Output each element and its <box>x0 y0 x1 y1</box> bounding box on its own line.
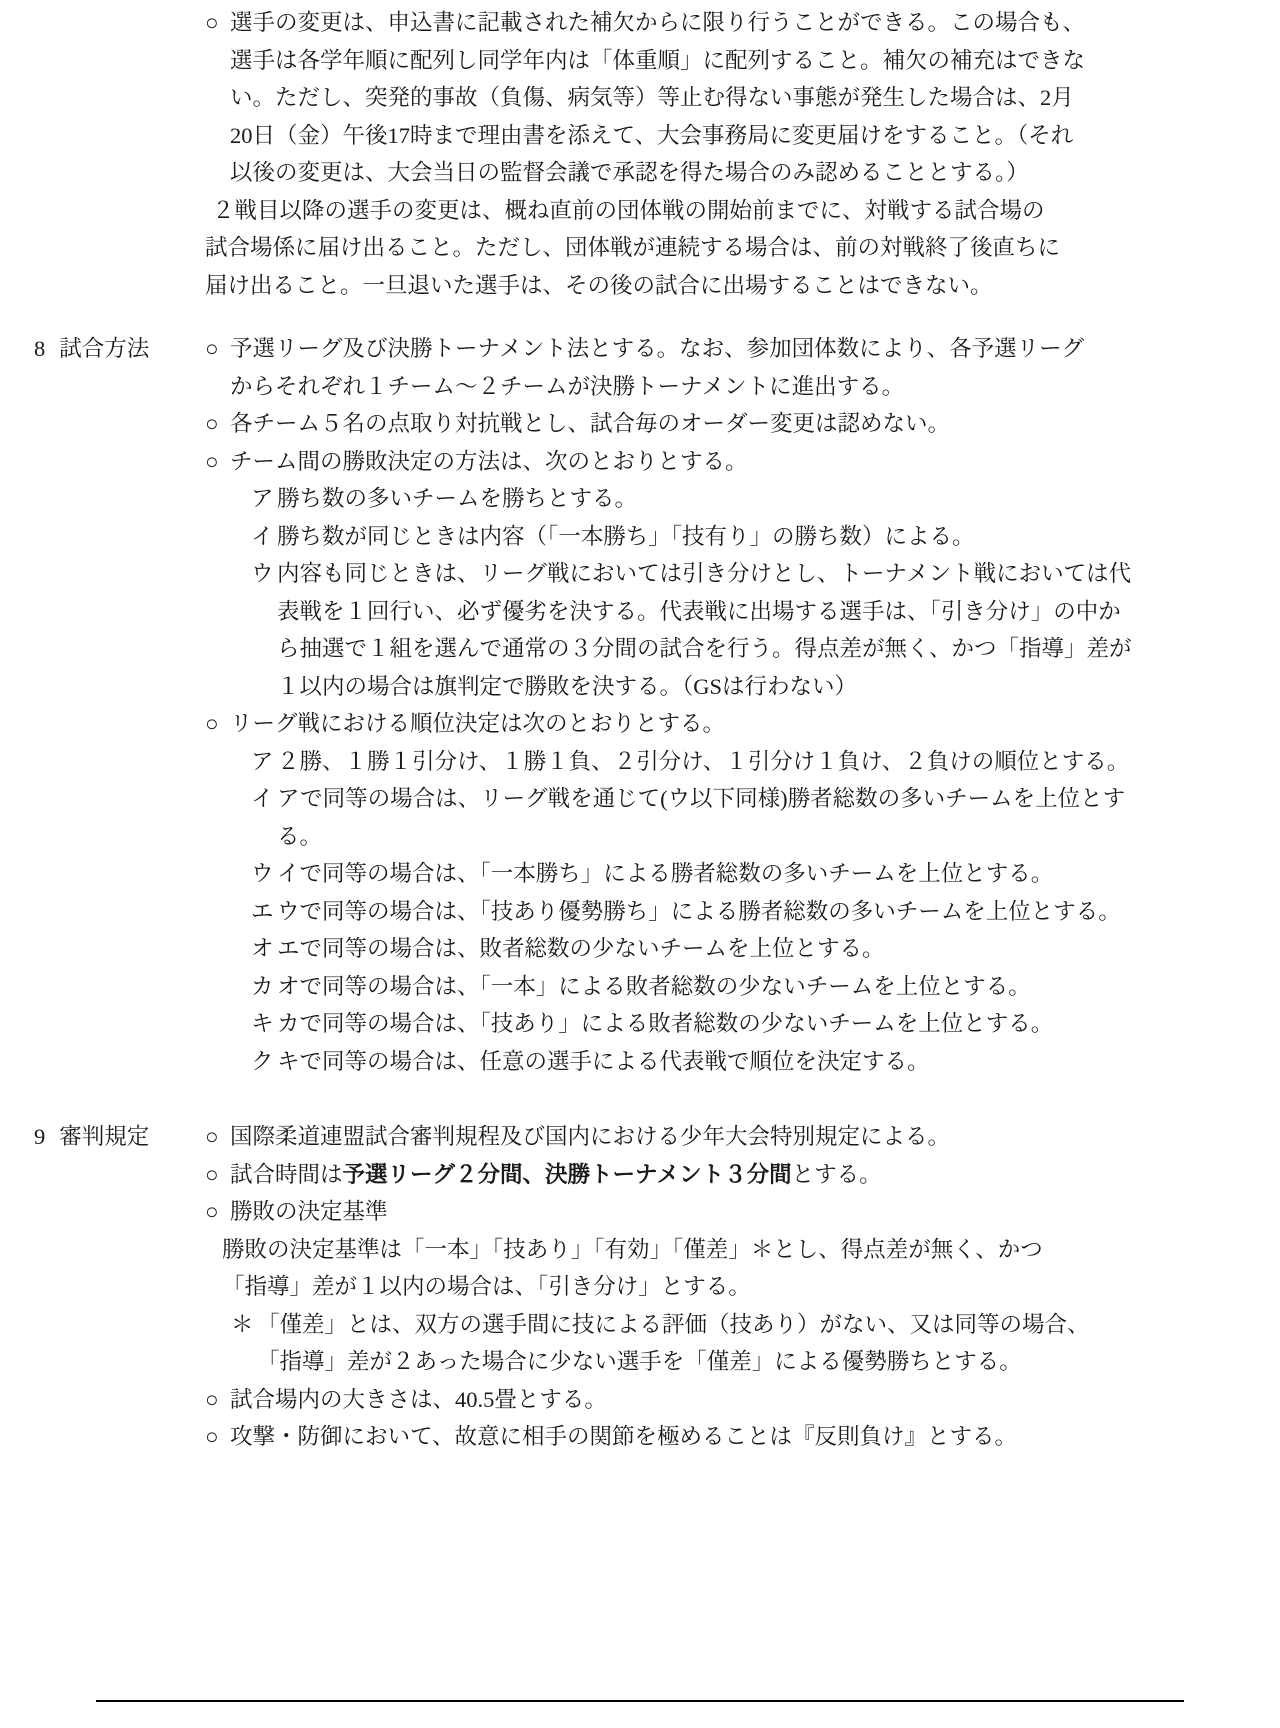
line-text: ○各チーム５名の点取り対抗戦とし、試合毎のオーダー変更は認めない。 <box>205 405 1088 443</box>
line-text: ア勝ち数の多いチームを勝ちとする。 <box>205 480 1135 518</box>
line-text: ○試合時間は予選リーグ２分間、決勝トーナメント３分間とする。 <box>205 1156 1088 1194</box>
line-pre-text: 各チーム５名の点取り対抗戦とし、試合毎のオーダー変更は認めない。 <box>230 411 950 436</box>
line-marker: カ <box>251 968 277 1006</box>
section-heading <box>0 893 205 931</box>
line-marker: ウ <box>251 555 277 593</box>
line-text: クキで同等の場合は、任意の選手による代表戦で順位を決定する。 <box>205 1043 1135 1081</box>
section-heading: 8試合方法 <box>0 330 205 405</box>
line-pre-text: カで同等の場合は、「技あり」による敗者総数の少ないチームを上位とする。 <box>277 1011 1053 1036</box>
line-marker: イ <box>251 518 277 556</box>
section-heading <box>0 480 205 518</box>
line-pre-text: 選手の変更は、申込書に記載された補欠からに限り行うことができる。この場合も、選手… <box>230 10 1085 185</box>
line-bold-text: 予選リーグ２分間、決勝トーナメント３分間 <box>343 1162 792 1187</box>
document-line: ウイで同等の場合は、「一本勝ち」による勝者総数の多いチームを上位とする。 <box>0 855 1280 893</box>
document-line: オエで同等の場合は、敗者総数の少ないチームを上位とする。 <box>0 930 1280 968</box>
document-line: キカで同等の場合は、「技あり」による敗者総数の少ないチームを上位とする。 <box>0 1005 1280 1043</box>
line-text: ＊「僅差」とは、双方の選手間に技による評価（技あり）がない、又は同等の場合、「指… <box>205 1306 1115 1381</box>
document-line: 8試合方法 ○予選リーグ及び決勝トーナメント法とする。なお、参加団体数により、各… <box>0 330 1280 405</box>
document-line: ○選手の変更は、申込書に記載された補欠からに限り行うことができる。この場合も、選… <box>0 4 1280 192</box>
line-text: イ勝ち数が同じときは内容（「一本勝ち」「技有り」の勝ち数）による。 <box>205 518 1135 556</box>
line-text: イアで同等の場合は、リーグ戦を通じて(ウ以下同様)勝者総数の多いチームを上位とす… <box>205 780 1135 855</box>
line-pre-text: 予選リーグ及び決勝トーナメント法とする。なお、参加団体数により、各予選リーグから… <box>230 336 1084 399</box>
line-pre-text: 攻撃・防御において、故意に相手の関節を極めることは『反則負け』とする。 <box>230 1424 1017 1449</box>
section-heading <box>0 743 205 781</box>
line-marker: ア <box>251 480 277 518</box>
line-marker: ○ <box>205 4 230 42</box>
section-heading <box>0 555 205 705</box>
line-pre-text: 勝敗の決定基準は「一本」「技あり」「有効」「僅差」＊とし、得点差が無く、かつ「指… <box>222 1237 1043 1300</box>
section-title: 審判規定 <box>59 1124 149 1149</box>
section-heading <box>0 1156 205 1194</box>
section-heading <box>0 192 205 305</box>
line-text: ○勝敗の決定基準 <box>205 1193 1088 1231</box>
line-marker: キ <box>251 1005 277 1043</box>
line-pre-text: 勝ち数の多いチームを勝ちとする。 <box>277 486 637 511</box>
line-pre-text: 内容も同じときは、リーグ戦においては引き分けとし、トーナメント戦においては代表戦… <box>277 561 1132 699</box>
line-pre-text: ウで同等の場合は、「技あり優勢勝ち」による勝者総数の多いチームを上位とする。 <box>277 899 1121 924</box>
line-marker: ○ <box>205 1381 230 1419</box>
section-heading <box>0 780 205 855</box>
line-text: ウ内容も同じときは、リーグ戦においては引き分けとし、トーナメント戦においては代表… <box>205 555 1135 705</box>
section-heading <box>0 968 205 1006</box>
line-text: カオで同等の場合は、「一本」による敗者総数の少ないチームを上位とする。 <box>205 968 1135 1006</box>
section-heading <box>0 1231 205 1306</box>
line-marker: ク <box>251 1043 277 1081</box>
line-pre-text: ２戦目以降の選手の変更は、概ね直前の団体戦の開始前までに、対戦する試合場の試合場… <box>205 198 1060 298</box>
line-text: ○チーム間の勝敗決定の方法は、次のとおりとする。 <box>205 443 1088 481</box>
document-line: イ勝ち数が同じときは内容（「一本勝ち」「技有り」の勝ち数）による。 <box>0 518 1280 556</box>
line-pre-text: リーグ戦における順位決定は次のとおりとする。 <box>230 711 725 736</box>
line-pre-text: イで同等の場合は、「一本勝ち」による勝者総数の多いチームを上位とする。 <box>277 861 1053 886</box>
line-marker: ○ <box>205 330 230 368</box>
section-heading <box>0 1381 205 1419</box>
document-line: ＊「僅差」とは、双方の選手間に技による評価（技あり）がない、又は同等の場合、「指… <box>0 1306 1280 1381</box>
line-text: ○攻撃・防御において、故意に相手の関節を極めることは『反則負け』とする。 <box>205 1418 1088 1456</box>
line-pre-text: アで同等の場合は、リーグ戦を通じて(ウ以下同様)勝者総数の多いチームを上位とする… <box>277 786 1125 849</box>
document-line: ○チーム間の勝敗決定の方法は、次のとおりとする。 <box>0 443 1280 481</box>
section-heading <box>0 855 205 893</box>
document-line: ○勝敗の決定基準 <box>0 1193 1280 1231</box>
document-line: ア勝ち数の多いチームを勝ちとする。 <box>0 480 1280 518</box>
line-pre-text: キで同等の場合は、任意の選手による代表戦で順位を決定する。 <box>277 1049 930 1074</box>
document-line: エウで同等の場合は、「技あり優勢勝ち」による勝者総数の多いチームを上位とする。 <box>0 893 1280 931</box>
line-marker: ○ <box>205 1418 230 1456</box>
section-heading <box>0 518 205 556</box>
line-pre-text: エで同等の場合は、敗者総数の少ないチームを上位とする。 <box>277 936 885 961</box>
line-pre-text: 試合場内の大きさは、40.5畳とする。 <box>230 1387 607 1412</box>
section-heading <box>0 1193 205 1231</box>
line-marker: ＊ <box>231 1306 257 1344</box>
line-text: ○国際柔道連盟試合審判規程及び国内における少年大会特別規定による。 <box>205 1118 1088 1156</box>
line-marker: ○ <box>205 1193 230 1231</box>
section-heading <box>0 705 205 743</box>
section-heading <box>0 405 205 443</box>
line-marker: ○ <box>205 405 230 443</box>
line-text: ○予選リーグ及び決勝トーナメント法とする。なお、参加団体数により、各予選リーグか… <box>205 330 1088 405</box>
line-text: オエで同等の場合は、敗者総数の少ないチームを上位とする。 <box>205 930 1135 968</box>
line-marker: ア <box>251 743 277 781</box>
line-marker: ○ <box>205 443 230 481</box>
line-post-text: とする。 <box>792 1162 882 1187</box>
section-heading <box>0 1306 205 1381</box>
section-heading <box>0 1005 205 1043</box>
section-heading: 9審判規定 <box>0 1118 205 1156</box>
line-marker: エ <box>251 893 277 931</box>
line-marker: ○ <box>205 1156 230 1194</box>
document-line: イアで同等の場合は、リーグ戦を通じて(ウ以下同様)勝者総数の多いチームを上位とす… <box>0 780 1280 855</box>
line-pre-text: 試合時間は <box>230 1162 343 1187</box>
line-marker: オ <box>251 930 277 968</box>
line-text: ○リーグ戦における順位決定は次のとおりとする。 <box>205 705 1088 743</box>
line-pre-text: ２勝、１勝１引分け、１勝１負、２引分け、１引分け１負け、２負けの順位とする。 <box>277 749 1129 774</box>
document-line: ２戦目以降の選手の変更は、概ね直前の団体戦の開始前までに、対戦する試合場の試合場… <box>0 192 1280 305</box>
line-text: ウイで同等の場合は、「一本勝ち」による勝者総数の多いチームを上位とする。 <box>205 855 1135 893</box>
line-text: 勝敗の決定基準は「一本」「技あり」「有効」「僅差」＊とし、得点差が無く、かつ「指… <box>205 1231 1080 1306</box>
document-line: クキで同等の場合は、任意の選手による代表戦で順位を決定する。 <box>0 1043 1280 1081</box>
document-line: ア２勝、１勝１引分け、１勝１負、２引分け、１引分け１負け、２負けの順位とする。 <box>0 743 1280 781</box>
section-number: 8 <box>34 330 45 368</box>
line-pre-text: 国際柔道連盟試合審判規程及び国内における少年大会特別規定による。 <box>230 1124 950 1149</box>
line-pre-text: オで同等の場合は、「一本」による敗者総数の少ないチームを上位とする。 <box>277 974 1031 999</box>
line-pre-text: チーム間の勝敗決定の方法は、次のとおりとする。 <box>230 449 748 474</box>
line-pre-text: 勝敗の決定基準 <box>230 1199 388 1224</box>
line-marker: ウ <box>251 855 277 893</box>
line-pre-text: 「僅差」とは、双方の選手間に技による評価（技あり）がない、又は同等の場合、「指導… <box>257 1312 1090 1375</box>
line-text: ○選手の変更は、申込書に記載された補欠からに限り行うことができる。この場合も、選… <box>205 4 1088 192</box>
document-line: ○攻撃・防御において、故意に相手の関節を極めることは『反則負け』とする。 <box>0 1418 1280 1456</box>
document-line: 9審判規定 ○国際柔道連盟試合審判規程及び国内における少年大会特別規定による。 <box>0 1118 1280 1156</box>
section-number: 9 <box>34 1118 45 1156</box>
document-line: ○試合場内の大きさは、40.5畳とする。 <box>0 1381 1280 1419</box>
section-heading <box>0 1043 205 1081</box>
line-text: ２戦目以降の選手の変更は、概ね直前の団体戦の開始前までに、対戦する試合場の試合場… <box>205 192 1063 305</box>
document-line: ウ内容も同じときは、リーグ戦においては引き分けとし、トーナメント戦においては代表… <box>0 555 1280 705</box>
line-marker: ○ <box>205 705 230 743</box>
footer-rule <box>96 1700 1184 1702</box>
document-line: ○各チーム５名の点取り対抗戦とし、試合毎のオーダー変更は認めない。 <box>0 405 1280 443</box>
line-text: キカで同等の場合は、「技あり」による敗者総数の少ないチームを上位とする。 <box>205 1005 1135 1043</box>
line-marker: イ <box>251 780 277 818</box>
document-line: 勝敗の決定基準は「一本」「技あり」「有効」「僅差」＊とし、得点差が無く、かつ「指… <box>0 1231 1280 1306</box>
line-pre-text: 勝ち数が同じときは内容（「一本勝ち」「技有り」の勝ち数）による。 <box>277 524 975 549</box>
document-line: ○試合時間は予選リーグ２分間、決勝トーナメント３分間とする。 <box>0 1156 1280 1194</box>
line-marker: ○ <box>205 1118 230 1156</box>
line-text: ア２勝、１勝１引分け、１勝１負、２引分け、１引分け１負け、２負けの順位とする。 <box>205 743 1135 781</box>
document-line: ○リーグ戦における順位決定は次のとおりとする。 <box>0 705 1280 743</box>
section-heading <box>0 443 205 481</box>
section-heading <box>0 1418 205 1456</box>
line-text: エウで同等の場合は、「技あり優勢勝ち」による勝者総数の多いチームを上位とする。 <box>205 893 1135 931</box>
document-body: ○選手の変更は、申込書に記載された補欠からに限り行うことができる。この場合も、選… <box>0 4 1280 1456</box>
section-title: 試合方法 <box>59 336 149 361</box>
section-heading <box>0 930 205 968</box>
section-heading <box>0 4 205 192</box>
document-line: カオで同等の場合は、「一本」による敗者総数の少ないチームを上位とする。 <box>0 968 1280 1006</box>
line-text: ○試合場内の大きさは、40.5畳とする。 <box>205 1381 1088 1419</box>
